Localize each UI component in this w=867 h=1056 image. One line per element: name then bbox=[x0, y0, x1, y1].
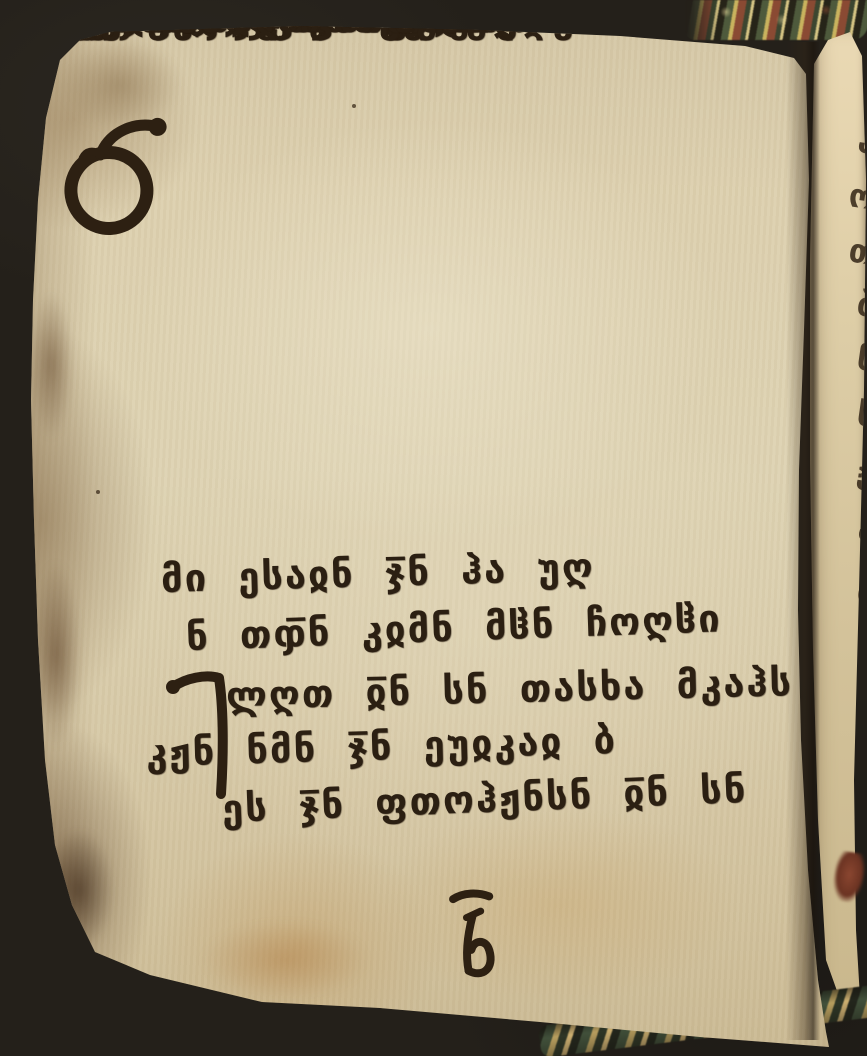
text-fragment: ჰ bbox=[856, 124, 867, 159]
initial-letter bbox=[45, 98, 185, 257]
text-line: ლღთ ჲ̅ნ სნ თასხა მკაჰს bbox=[226, 663, 794, 715]
text-fragment: ჟ bbox=[855, 454, 867, 489]
text-fragment: ნ bbox=[855, 341, 867, 376]
head-endband-braid bbox=[686, 0, 867, 40]
text-line: მა ჲჟ ჯ̅ნ ჲღ ჯ̅ნ სვ̅ჰ bbox=[0, 0, 463, 38]
edge-stain bbox=[28, 290, 74, 440]
red-thread-fibre bbox=[830, 850, 867, 904]
tall-letter-stroke bbox=[162, 664, 232, 804]
text-fragment: ბ bbox=[855, 287, 867, 322]
manuscript-photo: ჰ ო თ ბ ნ ს ჟ ა მ მი ესაჲნ ჯ̅ნ ჰა უღ ნ თ… bbox=[0, 0, 867, 1056]
text-line: ეს ჯ̅ნ ფთოჰჟნსნ ჲ̅ნ სნ bbox=[221, 770, 748, 828]
text-fragment: ა bbox=[856, 512, 867, 547]
edge-stain bbox=[30, 560, 82, 750]
text-fragment: თ bbox=[847, 233, 867, 269]
quire-mark bbox=[430, 874, 524, 987]
text-fragment: ო bbox=[847, 178, 867, 214]
rust-stain bbox=[200, 920, 370, 1000]
text-fragment: ს bbox=[855, 397, 867, 432]
ink-speck bbox=[352, 104, 356, 108]
parchment-page: მი ესაჲნ ჯ̅ნ ჰა უღ ნ თჶ̅ნ კჲმნ მჱნ ჩოღჱი… bbox=[0, 0, 867, 1056]
edge-stain bbox=[44, 830, 114, 950]
text-fragment: მ bbox=[855, 574, 867, 609]
text-line: ნ თჶ̅ნ კჲმნ მჱნ ჩოღჱი bbox=[185, 599, 722, 656]
text-line: მი ესაჲნ ჯ̅ნ ჰა უღ bbox=[160, 548, 595, 598]
ink-speck bbox=[96, 490, 100, 494]
